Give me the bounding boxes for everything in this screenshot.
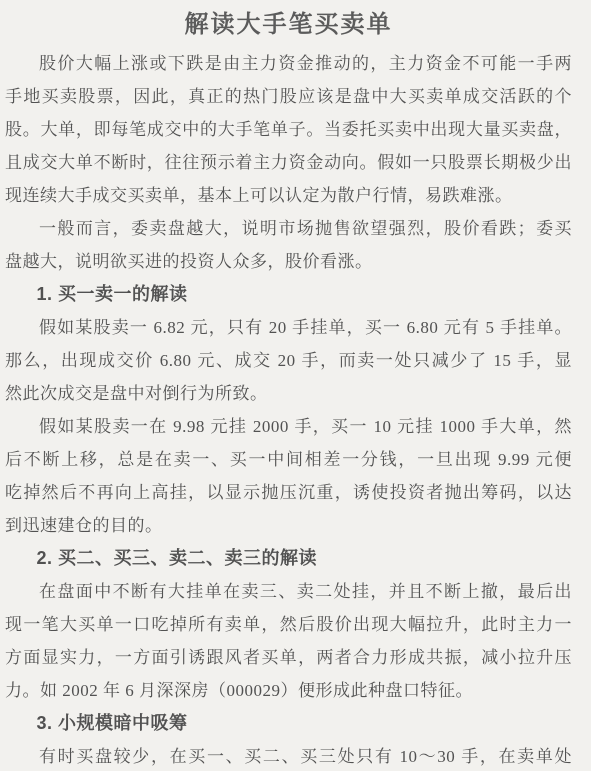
text-line: 有时买盘较少，在买一、买二、买三处只有 10～30 手，在卖单处 <box>5 740 572 771</box>
text-line: 然此次成交是盘中对倒行为所致。 <box>5 377 572 410</box>
text-line: 到迅速建仓的目的。 <box>5 509 572 542</box>
text-line: 一般而言，委卖盘越大，说明市场抛售欲望强烈，股价看跌；委买 <box>5 212 572 245</box>
text-line: 那么，出现成交价 6.80 元、成交 20 手，而卖一处只减少了 15 手，显 <box>5 344 572 377</box>
text-line: 后不断上移，总是在卖一、买一中间相差一分钱，一旦出现 9.99 元便 <box>5 443 572 476</box>
text-line: 盘越大，说明欲买进的投资人众多，股价看涨。 <box>5 245 572 278</box>
text-line: 股。大单，即每笔成交中的大手笔单子。当委托买卖中出现大量买卖盘， <box>5 113 572 146</box>
text-line: 且成交大单不断时，往往预示着主力资金动向。假如一只股票长期极少出 <box>5 146 572 179</box>
text-line: 在盘面中不断有大挂单在卖三、卖二处挂，并且不断上撤，最后出 <box>5 575 572 608</box>
text-line: 现连续大手成交买卖单，基本上可以认定为散户行情，易跌难涨。 <box>5 179 572 212</box>
page-title: 解读大手笔买卖单 <box>5 6 572 44</box>
text-line: 假如某股卖一 6.82 元，只有 20 手挂单，买一 6.80 元有 5 手挂单… <box>5 311 572 344</box>
text-line: 假如某股卖一在 9.98 元挂 2000 手，买一 10 元挂 1000 手大单… <box>5 410 572 443</box>
text-line: 手地买卖股票，因此，真正的热门股应该是盘中大买卖单成交活跃的个 <box>5 80 572 113</box>
text-line: 方面显实力，一方面引诱跟风者买单，两者合力形成共振，减小拉升压 <box>5 641 572 674</box>
text-line: 现一笔大买单一口吃掉所有卖单，然后股价出现大幅拉升，此时主力一 <box>5 608 572 641</box>
document-page: 解读大手笔买卖单 股价大幅上涨或下跌是由主力资金推动的，主力资金不可能一手两 手… <box>0 0 591 771</box>
text-line: 吃掉然后不再向上高挂，以显示抛压沉重，诱使投资者抛出筹码，以达 <box>5 476 572 509</box>
section-heading-3: 3. 小规模暗中吸筹 <box>5 707 572 740</box>
text-line: 股价大幅上涨或下跌是由主力资金推动的，主力资金不可能一手两 <box>5 47 572 80</box>
section-heading-2: 2. 买二、买三、卖二、卖三的解读 <box>5 542 572 575</box>
section-heading-1: 1. 买一卖一的解读 <box>5 278 572 311</box>
text-line: 力。如 2002 年 6 月深深房（000029）便形成此种盘口特征。 <box>5 674 572 707</box>
